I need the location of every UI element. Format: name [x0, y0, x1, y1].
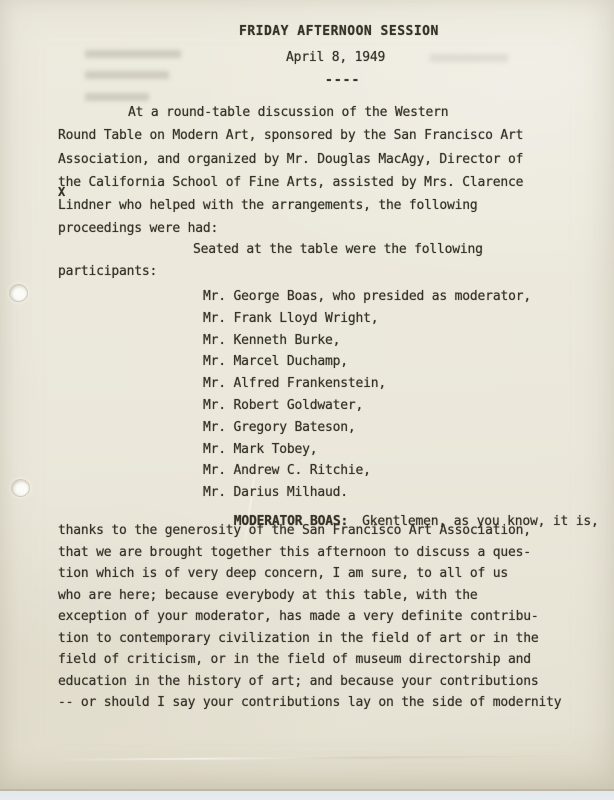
moderator-line: field of criticism, or in the field of m… — [58, 649, 561, 671]
participant-item: Mr. Marcel Duchamp, — [203, 351, 531, 373]
participant-item: Mr. George Boas, who presided as moderat… — [203, 286, 531, 308]
separator-dashes: ---- — [325, 73, 360, 88]
scanned-document: FRIDAY AFTERNOON SESSION April 8, 1949 -… — [0, 0, 614, 800]
participant-item: Mr. Robert Goldwater, — [203, 395, 531, 417]
session-title: FRIDAY AFTERNOON SESSION — [239, 24, 439, 39]
seated-paragraph: Seated at the table were the followingpa… — [58, 239, 483, 284]
moderator-line: who are here; because everybody at this … — [58, 585, 561, 607]
participants-list: Mr. George Boas, who presided as moderat… — [203, 286, 531, 504]
intro-paragraph: At a round-table discussion of the Weste… — [58, 101, 523, 241]
paper-crease — [40, 755, 580, 761]
bleed-through-text-mark — [85, 93, 149, 101]
punch-hole — [12, 480, 29, 496]
participant-item: Mr. Andrew C. Ritchie, — [203, 460, 531, 482]
moderator-line: exception of your moderator, has made a … — [58, 606, 561, 628]
seated-line: Seated at the table were the following — [58, 239, 483, 261]
moderator-paragraph: thanks to the generosity of the San Fran… — [58, 520, 561, 714]
intro-line: the California School of Fine Arts, assi… — [58, 171, 523, 194]
participant-item: Mr. Alfred Frankenstein, — [203, 373, 531, 395]
bleed-through-text-mark — [85, 71, 169, 79]
moderator-line: -- or should I say your contributions la… — [58, 692, 561, 714]
session-date: April 8, 1949 — [286, 50, 385, 65]
moderator-line: education in the history of art; and bec… — [58, 671, 561, 693]
participant-item: Mr. Kenneth Burke, — [203, 330, 531, 352]
intro-line: Round Table on Modern Art, sponsored by … — [58, 124, 523, 147]
intro-line: proceedings were had: — [58, 217, 523, 240]
moderator-line: thanks to the generosity of the San Fran… — [58, 520, 561, 542]
bleed-through-text-mark — [430, 54, 508, 62]
typewritten-page: FRIDAY AFTERNOON SESSION April 8, 1949 -… — [0, 0, 614, 791]
participant-item: Mr. Mark Tobey, — [203, 439, 531, 461]
moderator-line: that we are brought together this aftern… — [58, 542, 561, 564]
punch-hole — [10, 285, 27, 301]
moderator-line: tion to contemporary civilization in the… — [58, 628, 561, 650]
participant-item: Mr. Frank Lloyd Wright, — [203, 308, 531, 330]
bleed-through-text-mark — [85, 50, 181, 58]
intro-line: Lindner who helped with the arrangements… — [58, 194, 523, 217]
participant-item: Mr. Gregory Bateson, — [203, 417, 531, 439]
moderator-line: tion which is of very deep concern, I am… — [58, 563, 561, 585]
intro-line: Association, and organized by Mr. Dougla… — [58, 148, 523, 171]
intro-line: At a round-table discussion of the Weste… — [58, 101, 523, 124]
seated-line: participants: — [58, 261, 483, 283]
typed-correction-mark: X — [58, 186, 65, 198]
